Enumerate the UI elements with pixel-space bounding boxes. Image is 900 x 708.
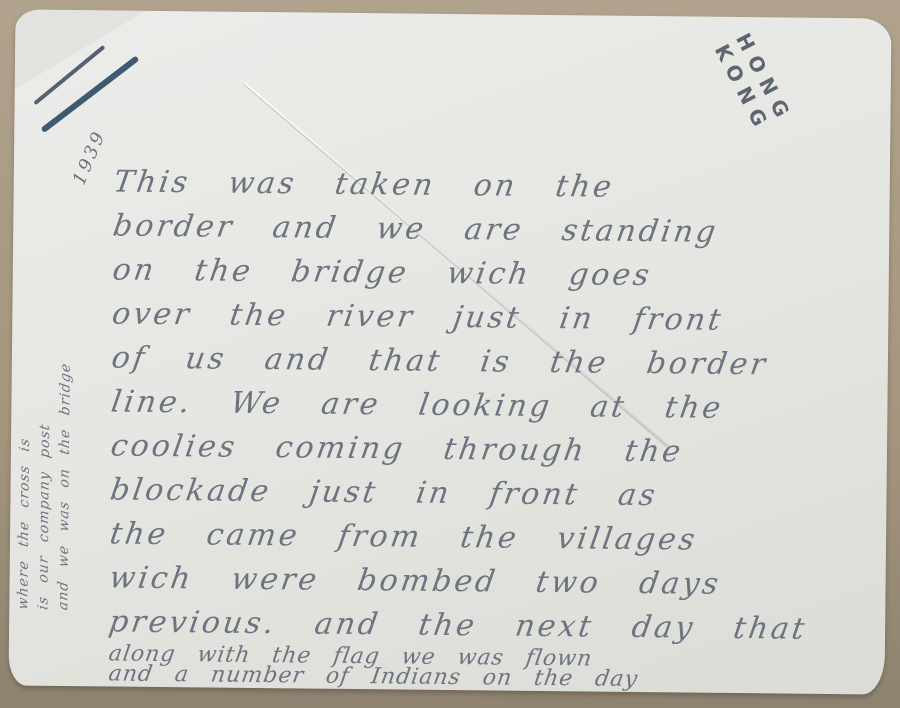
postcard: 1939 HONG KONG This was taken on the bor… [8,9,891,694]
margin-note: where the cross is is our company post a… [13,49,79,610]
location-label: HONG KONG [710,29,798,139]
handwritten-message: This was taken on the border and we are … [109,160,884,692]
